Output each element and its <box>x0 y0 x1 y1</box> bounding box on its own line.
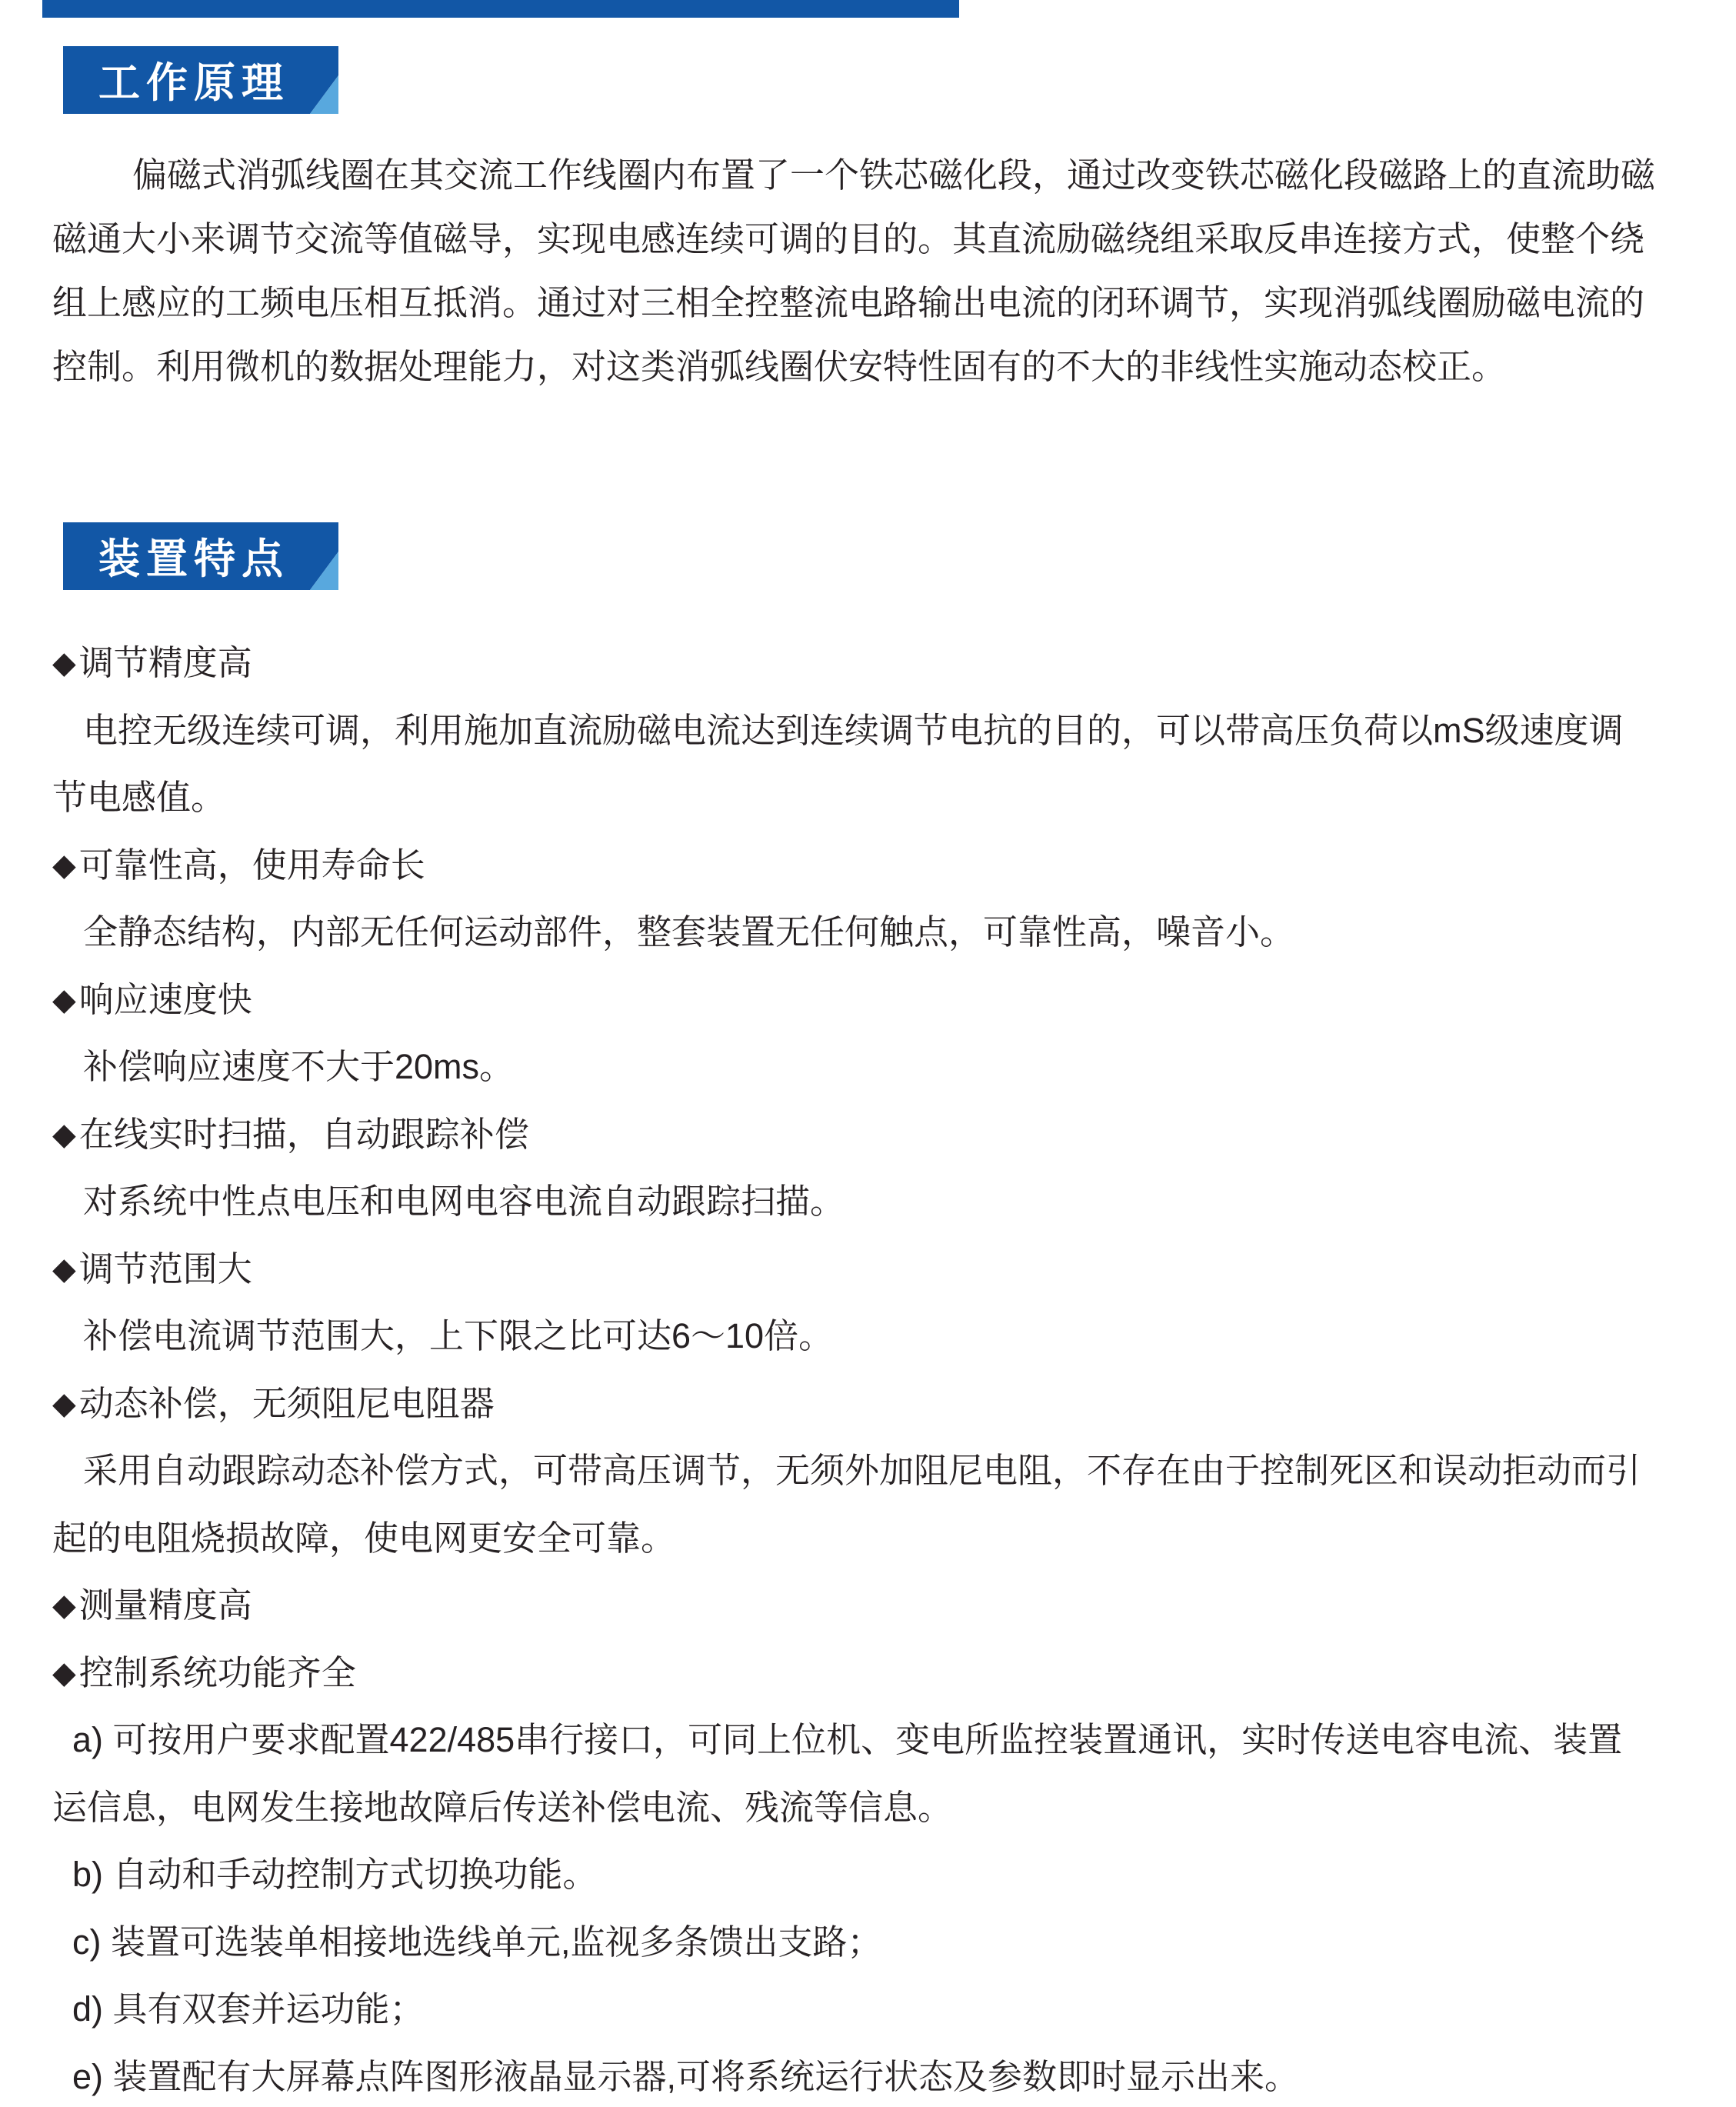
feature-heading-text: 测量精度高 <box>79 1585 252 1625</box>
feature-heading: ◆响应速度快 <box>52 966 1691 1034</box>
paragraph-line: 控制。利用微机的数据处理能力，对这类消弧线圈伏安特性固有的不大的非线性实施动态校… <box>52 335 1691 398</box>
feature-detail-line: 补偿响应速度不大于20ms。 <box>52 1033 1691 1101</box>
paragraph-line: 偏磁式消弧线圈在其交流工作线圈内布置了一个铁芯磁化段，通过改变铁芯磁化段磁路上的… <box>52 143 1691 207</box>
section-title: 装置特点 <box>98 522 289 588</box>
feature-lettered-line: a) 可按用户要求配置422/485串行接口，可同上位机、变电所监控装置通讯，实… <box>52 1706 1691 1774</box>
feature-detail-line: 对系统中性点电压和电网电容电流自动跟踪扫描。 <box>52 1168 1691 1235</box>
feature-detail-line: 采用自动跟踪动态补偿方式，可带高压调节，无须外加阻尼电阻，不存在由于控制死区和误… <box>52 1437 1691 1505</box>
feature-detail-line: 节电感值。 <box>52 764 1691 832</box>
section-banner-working-principle: 工作原理 <box>63 46 338 114</box>
diamond-bullet-icon: ◆ <box>52 1102 76 1169</box>
feature-detail-line: 补偿电流调节范围大，上下限之比可达6～10倍。 <box>52 1302 1691 1370</box>
diamond-bullet-icon: ◆ <box>52 630 76 698</box>
paragraph-line: 组上感应的工频电压相互抵消。通过对三相全控整流电路输出电流的闭环调节，实现消弧线… <box>52 271 1691 335</box>
feature-heading-text: 调节精度高 <box>79 643 252 682</box>
working-principle-paragraph: 偏磁式消弧线圈在其交流工作线圈内布置了一个铁芯磁化段，通过改变铁芯磁化段磁路上的… <box>52 143 1691 398</box>
feature-lettered-line: b) 自动和手动控制方式切换功能。 <box>52 1841 1691 1909</box>
feature-heading: ◆控制系统功能齐全 <box>52 1639 1691 1707</box>
diamond-bullet-icon: ◆ <box>52 1236 76 1304</box>
paragraph-line: 磁通大小来调节交流等值磁导，实现电感连续可调的目的。其直流励磁绕组采取反串连接方… <box>52 207 1691 271</box>
feature-heading: ◆可靠性高，使用寿命长 <box>52 832 1691 899</box>
section-title: 工作原理 <box>98 46 289 112</box>
feature-heading-text: 在线实时扫描，自动跟踪补偿 <box>79 1115 529 1154</box>
feature-lettered-line: e) 装置配有大屏幕点阵图形液晶显示器,可将系统运行状态及参数即时显示出来。 <box>52 2043 1691 2107</box>
feature-lettered-line: d) 具有双套并运功能； <box>52 1975 1691 2043</box>
diamond-bullet-icon: ◆ <box>52 1371 76 1439</box>
feature-lettered-line: c) 装置可选装单相接地选线单元,监视多条馈出支路； <box>52 1909 1691 1976</box>
diamond-bullet-icon: ◆ <box>52 1640 76 1708</box>
feature-heading: ◆调节范围大 <box>52 1235 1691 1303</box>
feature-detail-line: 起的电阻烧损故障，使电网更安全可靠。 <box>52 1505 1691 1572</box>
diamond-bullet-icon: ◆ <box>52 967 76 1035</box>
feature-lettered-line: 运信息，电网发生接地故障后传送补偿电流、残流等信息。 <box>52 1774 1691 1842</box>
feature-heading: ◆测量精度高 <box>52 1572 1691 1639</box>
feature-heading-text: 调节范围大 <box>79 1249 252 1289</box>
feature-heading-text: 控制系统功能齐全 <box>79 1653 356 1692</box>
section-banner-device-features: 装置特点 <box>63 522 338 590</box>
diamond-bullet-icon: ◆ <box>52 832 76 900</box>
feature-detail-line: 全静态结构，内部无任何运动部件，整套装置无任何触点，可靠性高，噪音小。 <box>52 898 1691 966</box>
feature-heading-text: 可靠性高，使用寿命长 <box>79 845 425 885</box>
feature-heading-text: 响应速度快 <box>79 980 252 1019</box>
feature-heading: ◆调节精度高 <box>52 629 1691 697</box>
top-accent-stripe <box>42 0 959 18</box>
device-features-list: ◆调节精度高 电控无级连续可调，利用施加直流励磁电流达到连续调节电抗的目的，可以… <box>52 629 1691 2107</box>
feature-heading-text: 动态补偿，无须阻尼电阻器 <box>79 1384 495 1423</box>
diamond-bullet-icon: ◆ <box>52 1572 76 1640</box>
feature-detail-line: 电控无级连续可调，利用施加直流励磁电流达到连续调节电抗的目的，可以带高压负荷以m… <box>52 697 1691 765</box>
feature-heading: ◆在线实时扫描，自动跟踪补偿 <box>52 1101 1691 1169</box>
feature-heading: ◆动态补偿，无须阻尼电阻器 <box>52 1370 1691 1438</box>
